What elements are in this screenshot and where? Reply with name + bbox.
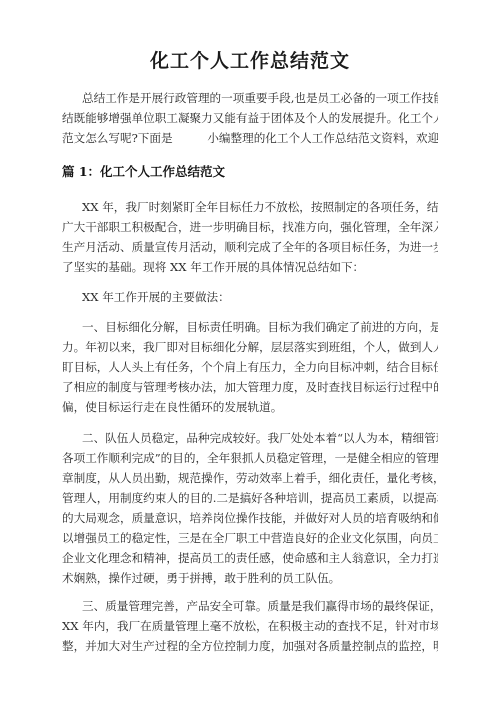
paragraph-line: 术娴熟，操作过硬，勇于拼搏，敢于胜利的员工队伍。 xyxy=(62,571,438,585)
paragraph-line: XX 年工作开展的主要做法： xyxy=(82,290,438,304)
paragraph-line: 整，并加大对生产过程的全方位控制力度，加强对各质量控制点的监控，明确生产加 xyxy=(62,639,438,653)
paragraph-line: 企业文化理念和精神，提高员工的责任感，使命感和主人翁意识，全力打造出一支技 xyxy=(62,551,438,565)
paragraph-line: 盯目标，人人头上有任务，个个肩上有压力，全力向目标冲刺，结合目标任务，出台 xyxy=(62,360,438,374)
paragraph-line: 广大干部职工积极配合，进一步明确目标，找准方向，强化管理，全年深入开展安全 xyxy=(62,220,438,234)
intro-line: 结既能够增强单位职工凝聚力又能有益于团体及个人的发展提升。化工个人工作总结 xyxy=(62,111,438,125)
paragraph-line: 偏，使目标运行走在良性循环的发展轨道。 xyxy=(62,400,438,414)
intro-line: 总结工作是开展行政管理的一项重要手段,也是员工必备的一项工作技能,写好总 xyxy=(82,91,438,105)
paragraph-line: 以增强员工的稳定性，三是在全厂职工中营造良好的企业文化氛围，向员工宣传灌输 xyxy=(62,531,438,545)
paragraph-line: 各项工作顺利完成”的目的，全年狠抓人员稳定管理，一是健全相应的管理制度和规 xyxy=(62,451,438,465)
paragraph-line: 章制度，从人员出勤，规范操作，劳动效率上着手，细化责任，量化考核，达到制度 xyxy=(62,471,438,485)
paragraph-line: 一、目标细化分解，目标责任明确。目标为我们确定了前进的方向，是工作的动 xyxy=(82,320,438,334)
paragraph-line: 力。年初以来，我厂即对目标细化分解，层层落实到班组，个人，做到人人清楚和紧 xyxy=(62,340,438,354)
paragraph-line: 生产月活动、质量宣传月活动，顺利完成了全年的各项目标任务，为进一步发展奠定 xyxy=(62,240,438,254)
document-page: 化工个人工作总结范文 总结工作是开展行政管理的一项重要手段,也是员工必备的一项工… xyxy=(0,0,500,707)
paragraph-line: 二、队伍人员稳定，品种完成较好。我厂处处本着“以人为本，精细管理，确保 xyxy=(82,431,438,445)
section-heading: 篇 1：化工个人工作总结范文 xyxy=(62,162,225,180)
paragraph-line: 管理人，用制度约束人的目的.二是搞好各种培训，提高员工素质，以提高培养员工 xyxy=(62,491,438,505)
document-title: 化工个人工作总结范文 xyxy=(0,46,500,73)
paragraph-line: XX 年内，我厂在质量管理上毫不放松，在积极主动的查找不足，针对市场反馈及时调 xyxy=(62,619,438,633)
paragraph-line: 了坚实的基础。现将 XX 年工作开展的具体情况总结如下： xyxy=(62,260,438,274)
paragraph-line: 的大局观念，质量意识，培养岗位操作技能，并做好对人员的培育吸纳和储备工作， xyxy=(62,511,438,525)
intro-line: 范文怎么写呢?下面是 小编整理的化工个人工作总结范文资料，欢迎阅读。 xyxy=(62,131,438,145)
paragraph-line: 了相应的制度与管理考核办法，加大管理力度，及时查找目标运行过程中的不足和纠 xyxy=(62,380,438,394)
paragraph-line: XX 年，我厂时刻紧盯全年目标任力不放松，按照制定的各项任务，结合自身实际， xyxy=(82,200,438,214)
paragraph-line: 三、质量管理完善，产品安全可靠。质量是我们赢得市场的最终保证，为此，在 xyxy=(82,599,438,613)
